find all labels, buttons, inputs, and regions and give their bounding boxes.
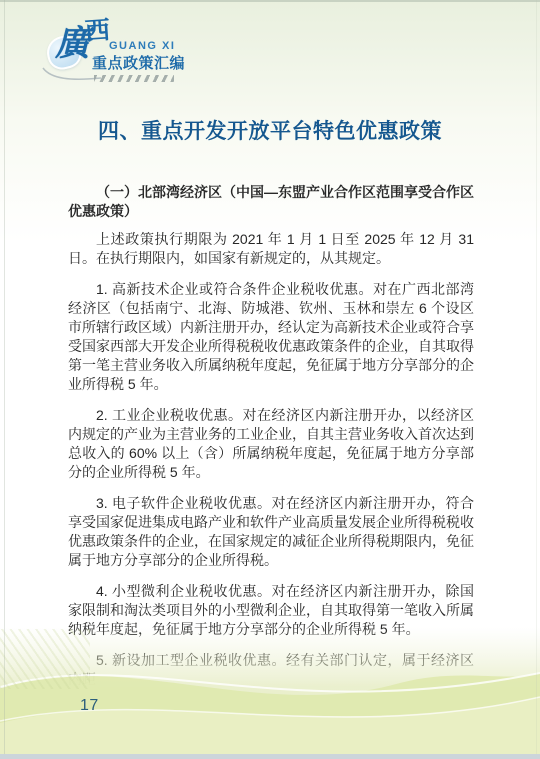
page-number: 17 (80, 697, 99, 715)
page-left-edge (4, 0, 5, 759)
page-title: 四、重点开发开放平台特色优惠政策 (0, 115, 540, 145)
page-right-edge (536, 0, 537, 759)
page-bottom-edge (0, 754, 540, 759)
logo-latin-text: GUANG XI (109, 40, 175, 52)
body-paragraph: 上述政策执行期限为 2021 年 1 月 1 日至 2025 年 12 月 31… (68, 230, 474, 268)
logo-seal-character: 西 (84, 17, 111, 44)
body-paragraph: 5. 新设加工型企业税收优惠。经有关部门认定，属于经济区内距 (68, 651, 474, 689)
footer-stripe-texture (0, 629, 90, 689)
logo-subtitle: 重点政策汇编 (92, 52, 185, 73)
section-heading: （一）北部湾经济区（中国—东盟产业合作区范围享受合作区优惠政策） (68, 183, 474, 221)
guangxi-policy-logo: 廣 西 GUANG XI 重点政策汇编 (45, 18, 195, 90)
body-text-block: （一）北部湾经济区（中国—东盟产业合作区范围享受合作区优惠政策） 上述政策执行期… (68, 183, 474, 701)
body-paragraph: 3. 电子软件企业税收优惠。对在经济区内新注册开办，符合享受国家促进集成电路产业… (68, 494, 474, 570)
body-paragraph: 4. 小型微利企业税收优惠。对在经济区内新注册开办，除国家限制和淘汰类项目外的小… (68, 582, 474, 639)
document-page: 廣 西 GUANG XI 重点政策汇编 四、重点开发开放平台特色优惠政策 （一）… (0, 0, 540, 759)
page-top-edge (0, 0, 540, 2)
logo-dashed-line (94, 75, 174, 82)
body-paragraph: 1. 高新技术企业或符合条件企业税收优惠。对在广西北部湾经济区（包括南宁、北海、… (68, 280, 474, 394)
body-paragraph: 2. 工业企业税收优惠。对在经济区内新注册开办，以经济区内规定的产业为主营业务的… (68, 406, 474, 482)
